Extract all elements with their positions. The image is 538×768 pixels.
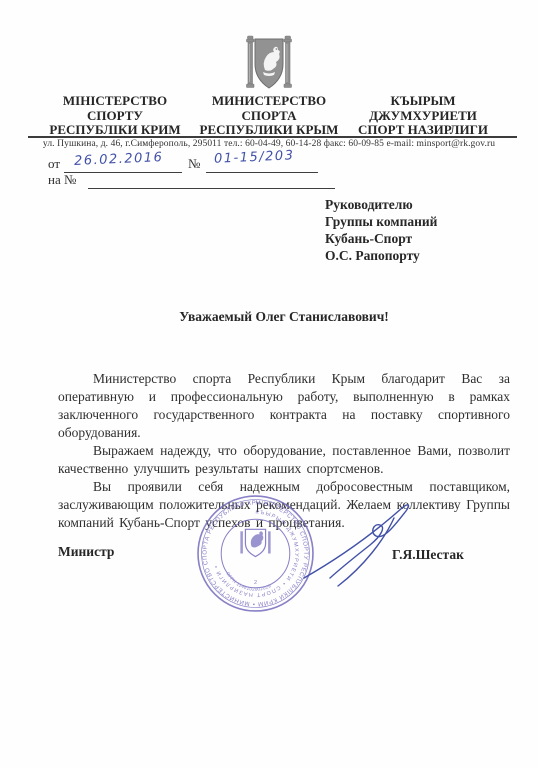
ref-number-sign: №: [188, 156, 200, 172]
letter-page: МІНІСТЕРСТВО СПОРТУ РЕСПУБЛІКИ КРИМ МИНИ…: [0, 0, 538, 768]
body-paragraph: Выражаем надежду, что оборудование, пост…: [58, 442, 510, 478]
body-paragraph: Министерство спорта Республики Крым благ…: [58, 370, 510, 442]
ministry-name-russian: МИНИСТЕРСТВО СПОРТА РЕСПУБЛИКИ КРЫМ: [192, 94, 346, 138]
signature-stroke: [304, 505, 409, 578]
recipient-line: Руководителю: [325, 196, 437, 213]
ministry-name-crimean-tatar: КЪЫРЫМ ДЖУМХУРИЕТИ СПОРТ НАЗИРЛИГИ: [346, 94, 500, 138]
letterhead-ministries: МІНІСТЕРСТВО СПОРТУ РЕСПУБЛІКИ КРИМ МИНИ…: [38, 94, 500, 138]
recipient-line: Кубань-Спорт: [325, 230, 437, 247]
handwritten-signature: [298, 492, 438, 597]
recipient-block: Руководителю Группы компаний Кубань-Спор…: [325, 196, 437, 264]
stamp-copy-number: 2: [254, 580, 257, 586]
ref-reply-underline: [88, 174, 335, 189]
recipient-line: О.С. Рапопорту: [325, 247, 437, 264]
crimea-emblem-icon: [245, 32, 293, 94]
recipient-line: Группы компаний: [325, 213, 437, 230]
ref-from-label: от: [48, 156, 60, 172]
stamp-emblem-icon: [240, 529, 270, 556]
signer-title: Министр: [58, 544, 114, 560]
salutation: Уважаемый Олег Станиславович!: [58, 309, 510, 325]
ref-reply-label: на №: [48, 172, 76, 188]
letterhead-divider: [28, 136, 517, 138]
contact-info-line: ул. Пушкина, д. 46, г.Симферополь, 29501…: [0, 139, 538, 149]
ministry-name-ukrainian: МІНІСТЕРСТВО СПОРТУ РЕСПУБЛІКИ КРИМ: [38, 94, 192, 138]
